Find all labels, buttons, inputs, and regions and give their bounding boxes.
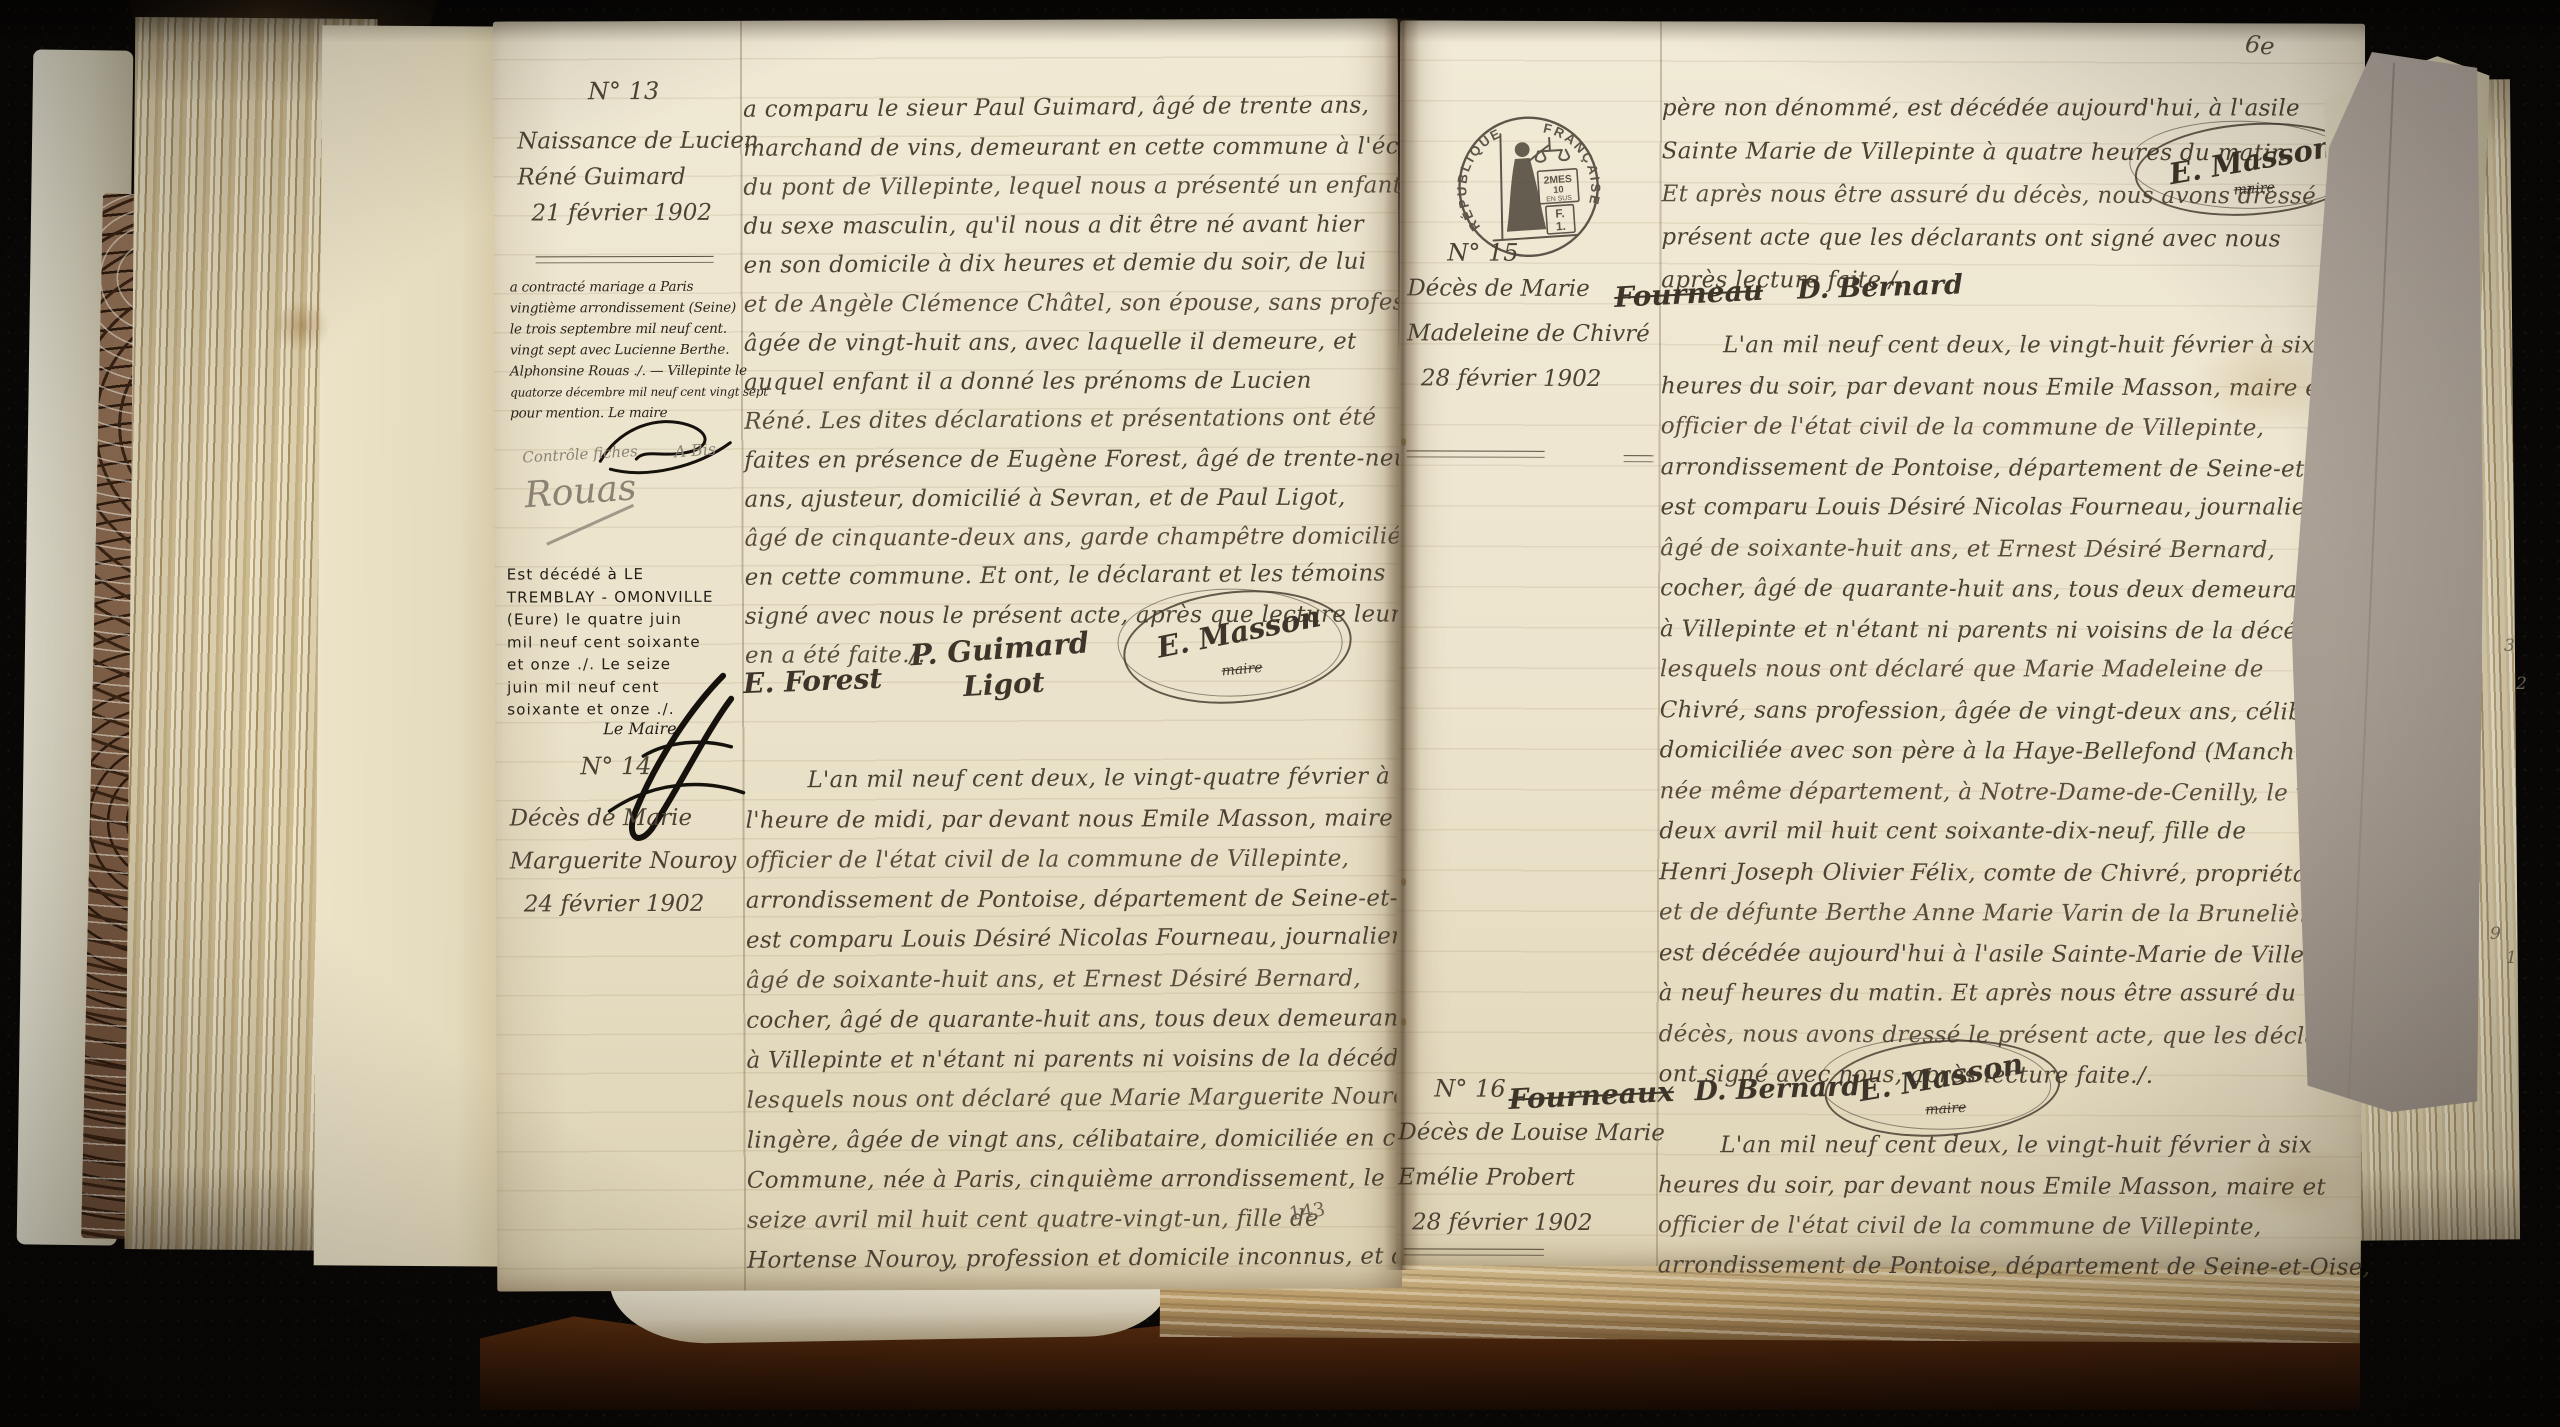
svg-text:10: 10 (1553, 184, 1564, 195)
paper-stain (272, 300, 330, 352)
handwritten-line: marchand de vins, demeurant en cette com… (743, 127, 1403, 168)
mention-line: le trois septembre mil neuf cent. (510, 319, 768, 341)
left-page: N° 13 Naissance de Lucien Réné Guimard 2… (493, 18, 1402, 1291)
handwritten-line: Réné. Les dites déclarations et présenta… (744, 398, 1404, 441)
binding-stitch (1401, 878, 1406, 886)
handwritten-line: deux avril mil huit cent soixante-dix-ne… (1659, 811, 2319, 852)
signature-masson-title: maire (1925, 1100, 1967, 1119)
margin-line: 28 février 1902 (1407, 356, 1650, 402)
signature-ligot: Ligot (962, 666, 1045, 703)
handwritten-line: L'an mil neuf cent deux, le vingt-quatre… (745, 756, 1405, 800)
card-fold-line (2348, 63, 2395, 1101)
handwritten-line: âgé de cinquante-deux ans, garde champêt… (745, 517, 1405, 558)
mention-line: (Eure) le quatre juin (507, 608, 714, 631)
handwritten-line: et de défunte Berthe Anne Marie Varin de… (1659, 892, 2319, 935)
signature-bernard: D. Bernard (1797, 269, 1964, 305)
mention-line: vingtième arrondissement (Seine) (510, 298, 768, 320)
handwritten-line: ans, ajusteur, domicilié à Sevran, et de… (744, 478, 1404, 519)
page-edge-mark: 1 (2506, 948, 2517, 968)
mention-line: mil neuf cent soixante (507, 630, 714, 653)
margin-line: Réné Guimard (517, 159, 759, 196)
handwritten-line: âgée de vingt-huit ans, avec laquelle il… (744, 322, 1404, 363)
small-divider-rule (1624, 455, 1654, 462)
marriage-mention-note: a contracté mariage a Paris vingtième ar… (510, 277, 768, 425)
handwritten-line: du pont de Villepinte, lequel nous a pré… (743, 166, 1403, 207)
margin-divider-rule (1404, 1248, 1544, 1255)
handwritten-line: L'an mil neuf cent deux, le vingt-huit f… (1658, 1125, 2318, 1165)
handwritten-line: est comparu Louis Désiré Nicolas Fournea… (746, 916, 1406, 960)
handwritten-line: Chivré, sans profession, âgée de vingt-d… (1660, 690, 2320, 733)
handwritten-line: a comparu le sieur Paul Guimard, âgé de … (743, 86, 1403, 129)
page-number: 6e (2244, 30, 2276, 61)
handwritten-line: officier de l'état civil de la commune d… (1658, 1205, 2318, 1247)
handwritten-line: arrondissement de Pontoise, département … (1658, 1245, 2318, 1287)
handwritten-line: âgé de soixante-huit ans, et Ernest Dési… (1660, 528, 2320, 571)
handwritten-line: Hortense Nouroy, profession et domicile … (747, 1236, 1407, 1280)
record-13-body: a comparu le sieur Paul Guimard, âgé de … (743, 88, 1405, 675)
record-14-margin-title: Décès de Marie Marguerite Nouroy 24 févr… (509, 797, 736, 927)
handwritten-line: est décédée aujourd'hui à l'asile Sainte… (1659, 933, 2319, 976)
margin-line: 28 février 1902 (1398, 1200, 1665, 1246)
handwritten-line: et de Angèle Clémence Châtel, son épouse… (744, 283, 1404, 324)
margin-line: Naissance de Lucien (517, 123, 759, 160)
mention-line: vingt sept avec Lucienne Berthe. (510, 340, 768, 362)
mention-line: Alphonsine Rouas ./. — Villepinte le (510, 361, 768, 383)
handwritten-line: est comparu Louis Désiré Nicolas Fournea… (1660, 487, 2320, 528)
handwritten-line: cocher, âgé de quarante-huit ans, tous d… (746, 998, 1406, 1040)
handwritten-line: âgé de soixante-huit ans, et Ernest Dési… (746, 958, 1406, 1000)
handwritten-line: auquel enfant il a donné les prénoms de … (744, 361, 1404, 402)
mention-line: TREMBLAY - OMONVILLE (507, 585, 714, 608)
margin-line: Décès de Marie (509, 797, 736, 841)
handwritten-line: présent acte que les déclarants ont sign… (1661, 216, 2321, 261)
record-15-number: N° 15 (1447, 238, 1518, 266)
record-16-margin-title: Décès de Louise Marie Emélie Probert 28 … (1398, 1110, 1665, 1246)
handwritten-line: Commune, née à Paris, cinquième arrondis… (747, 1158, 1407, 1200)
book-gutter (1384, 18, 1420, 1270)
page-edge-mark: 9 (2490, 924, 2501, 944)
register-photograph: N° 13 Naissance de Lucien Réné Guimard 2… (0, 0, 2560, 1427)
right-page: 6e RÉPUBLIQUE FRANÇAISE (1396, 20, 2365, 1268)
mention-line: Est décédé à LE (507, 563, 714, 586)
handwritten-line: lesquels nous ont déclaré que Marie Made… (1660, 649, 2320, 690)
signature-fourneau: Fourneau (1614, 274, 1764, 314)
page-edge-mark: 3 (2504, 636, 2515, 656)
handwritten-line: lingère, âgée de vingt ans, célibataire,… (747, 1118, 1407, 1160)
handwritten-line: faites en présence de Eugène Forest, âgé… (744, 439, 1404, 480)
handwritten-line: lesquels nous ont déclaré que Marie Marg… (746, 1076, 1406, 1120)
handwritten-line: cocher, âgé de quarante-huit ans, tous d… (1660, 568, 2320, 611)
handwritten-line: à neuf heures du matin. Et après nous êt… (1659, 973, 2319, 1014)
mention-line: a contracté mariage a Paris (510, 277, 768, 299)
handwritten-line: en son domicile à dix heures et demie du… (744, 242, 1404, 285)
margin-divider-rule (536, 256, 714, 264)
margin-line: Emélie Probert (1398, 1155, 1665, 1201)
signature-forest: E. Forest (743, 662, 883, 700)
margin-divider-rule (1407, 450, 1545, 457)
record-16-body: L'an mil neuf cent deux, le vingt-huit f… (1658, 1125, 2319, 1287)
svg-text:1.: 1. (1555, 219, 1566, 234)
handwritten-line: heures du soir, par devant nous Emile Ma… (1658, 1165, 2318, 1207)
handwritten-line: du sexe masculin, qu'il nous a dit être … (743, 205, 1403, 246)
handwritten-line: à Villepinte et n'étant ni parents ni vo… (1660, 609, 2320, 652)
mention-line: quatorze décembre mil neuf cent vingt se… (510, 382, 768, 404)
handwritten-line: domiciliée avec son père à la Haye-Belle… (1660, 730, 2320, 773)
record-16-number: N° 16 (1434, 1074, 1505, 1102)
binding-stitch (1401, 438, 1406, 446)
handwritten-line: née même département, à Notre-Dame-de-Ce… (1659, 771, 2319, 814)
record-14-number: N° 14 (580, 752, 651, 780)
handwritten-line: arrondissement de Pontoise, département … (746, 878, 1406, 920)
signature-masson-title: maire (2233, 180, 2275, 199)
margin-line: Madeleine de Chivré (1407, 311, 1650, 357)
record-13-margin-title: Naissance de Lucien Réné Guimard 21 févr… (517, 123, 759, 232)
binding-stitch (1401, 1018, 1406, 1026)
margin-line: 21 février 1902 (517, 195, 759, 232)
margin-line: Décès de Louise Marie (1398, 1110, 1665, 1156)
handwritten-line: arrondissement de Pontoise, département … (1661, 447, 2321, 490)
handwritten-line: Henri Joseph Olivier Félix, comte de Chi… (1659, 852, 2319, 895)
record-13-number: N° 13 (588, 77, 659, 105)
margin-line: Marguerite Nouroy (510, 840, 737, 884)
handwritten-line: officier de l'état civil de la commune d… (746, 838, 1406, 880)
pencil-ref-note: A Bis (674, 439, 717, 461)
record-15-body: L'an mil neuf cent deux, le vingt-huit f… (1658, 325, 2321, 1097)
handwritten-line: l'heure de midi, par devant nous Emile M… (746, 798, 1406, 840)
handwritten-line: à Villepinte et n'étant ni parents ni vo… (746, 1038, 1406, 1080)
page-edge-mark: 2 (2516, 674, 2527, 694)
handwritten-line: en cette commune. Et ont, le déclarant e… (745, 554, 1405, 597)
margin-line: 24 février 1902 (510, 883, 737, 927)
paper-stain (2230, 1140, 2360, 1220)
